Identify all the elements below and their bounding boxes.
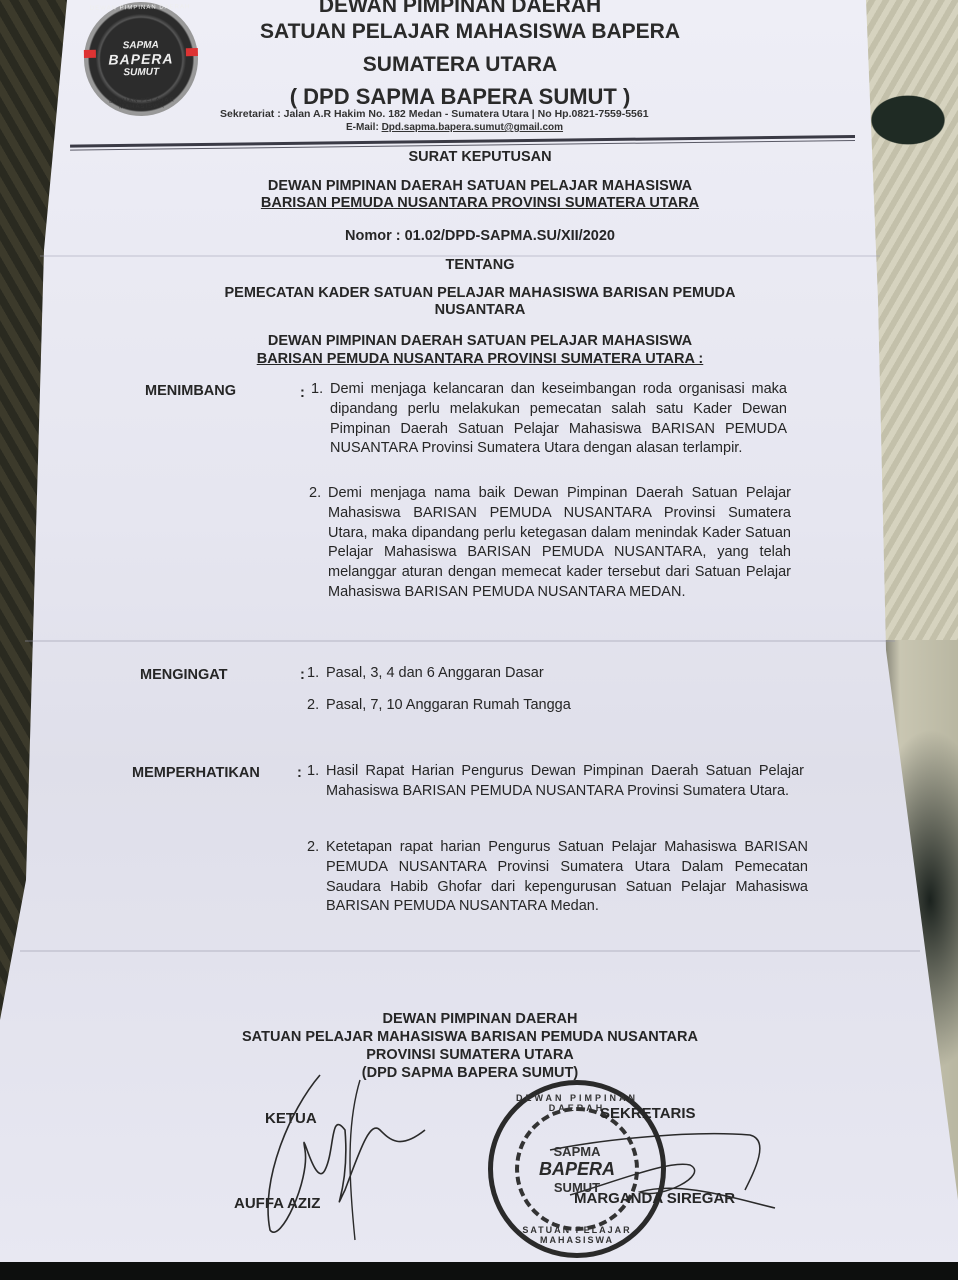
preamble-line-2: BARISAN PEMUDA NUSANTARA PROVINSI SUMATE…: [150, 351, 810, 367]
decree-number: Nomor : 01.02/DPD-SAPMA.SU/XII/2020: [150, 228, 810, 244]
preamble-line-1: DEWAN PIMPINAN DAERAH SATUAN PELAJAR MAH…: [150, 333, 810, 349]
memperhatikan-item-2: 2. Ketetapan rapat harian Pengurus Satua…: [326, 838, 808, 917]
organization-logo-icon: DEWAN PIMPINAN DAERAH SAPMA BAPERA SUMUT…: [83, 1, 199, 117]
menimbang-item-1: 1. Demi menjaga kelancaran dan keseimban…: [330, 380, 787, 459]
email-label: E-Mail:: [346, 122, 382, 133]
flag-stripe-icon: [186, 48, 198, 56]
letterhead-title-2: SATUAN PELAJAR MAHASISWA BAPERA: [210, 20, 730, 44]
item-number: 1.: [311, 380, 323, 400]
item-text: Ketetapan rapat harian Pengurus Satuan P…: [326, 839, 808, 914]
section-colon: :: [297, 765, 302, 781]
stamp-ring-bottom-text: SATUAN PELAJAR MAHASISWA: [493, 1225, 661, 1245]
item-text: Demi menjaga nama baik Dewan Pimpinan Da…: [328, 485, 791, 600]
subject-line-1: PEMECATAN KADER SATUAN PELAJAR MAHASISWA…: [150, 285, 810, 301]
logo-ring-bottom-text: SATUAN PELAJAR MAHASISWA: [85, 97, 199, 111]
letterhead-title-1: DEWAN PIMPINAN DAERAH: [200, 0, 720, 18]
mengingat-item-1: 1. Pasal, 3, 4 dan 6 Anggaran Dasar: [326, 664, 786, 684]
stamp-line-3: SUMUT: [554, 1180, 600, 1195]
document-content: DEWAN PIMPINAN DAERAH SAPMA BAPERA SUMUT…: [0, 0, 958, 1280]
chair-signature-icon: [250, 1070, 450, 1250]
logo-ring-top-text: DEWAN PIMPINAN DAERAH: [83, 4, 197, 12]
letterhead-email: E-Mail: Dpd.sapma.bapera.sumut@gmail.com: [346, 122, 563, 133]
stamp-line-2: BAPERA: [539, 1159, 615, 1180]
item-number: 1.: [307, 664, 319, 684]
menimbang-item-2: 2. Demi menjaga nama baik Dewan Pimpinan…: [328, 484, 791, 603]
item-number: 2.: [307, 838, 319, 858]
signature-org-line-1: DEWAN PIMPINAN DAERAH: [150, 1011, 810, 1027]
about-label: TENTANG: [150, 257, 810, 273]
section-colon: :: [300, 667, 305, 683]
mengingat-item-2: 2. Pasal, 7, 10 Anggaran Rumah Tangga: [326, 696, 786, 716]
issuer-line-2: BARISAN PEMUDA NUSANTARA PROVINSI SUMATE…: [150, 195, 810, 211]
section-label-memperhatikan: MEMPERHATIKAN: [132, 765, 260, 781]
signature-org-line-2: SATUAN PELAJAR MAHASISWA BARISAN PEMUDA …: [140, 1029, 800, 1045]
document-type: SURAT KEPUTUSAN: [150, 149, 810, 165]
letterhead-address: Sekretariat : Jalan A.R Hakim No. 182 Me…: [220, 108, 649, 120]
memperhatikan-item-1: 1. Hasil Rapat Harian Pengurus Dewan Pim…: [326, 762, 804, 802]
stamp-line-1: SAPMA: [554, 1144, 601, 1159]
logo-line-2: BAPERA: [108, 50, 173, 67]
item-number: 2.: [309, 484, 321, 504]
logo-line-1: SAPMA: [123, 40, 159, 52]
issuer-line-1: DEWAN PIMPINAN DAERAH SATUAN PELAJAR MAH…: [150, 178, 810, 194]
item-text: Hasil Rapat Harian Pengurus Dewan Pimpin…: [326, 763, 804, 799]
flag-stripe-icon: [84, 50, 96, 58]
item-text: Pasal, 3, 4 dan 6 Anggaran Dasar: [326, 665, 544, 681]
section-label-menimbang: MENIMBANG: [145, 383, 236, 399]
signature-org-line-4: (DPD SAPMA BAPERA SUMUT): [140, 1065, 800, 1081]
subject-line-2: NUSANTARA: [150, 302, 810, 318]
letterhead-title-4: ( DPD SAPMA BAPERA SUMUT ): [200, 84, 720, 110]
logo-line-3: SUMUT: [123, 67, 159, 79]
letterhead-title-3: SUMATERA UTARA: [200, 53, 720, 77]
item-number: 2.: [307, 696, 319, 716]
signature-org-line-3: PROVINSI SUMATERA UTARA: [140, 1047, 800, 1063]
item-number: 1.: [307, 762, 319, 782]
section-colon: :: [300, 385, 305, 401]
email-link[interactable]: Dpd.sapma.bapera.sumut@gmail.com: [382, 122, 563, 133]
item-text: Pasal, 7, 10 Anggaran Rumah Tangga: [326, 697, 571, 713]
item-text: Demi menjaga kelancaran dan keseimbangan…: [330, 381, 787, 456]
section-label-mengingat: MENGINGAT: [140, 667, 228, 683]
